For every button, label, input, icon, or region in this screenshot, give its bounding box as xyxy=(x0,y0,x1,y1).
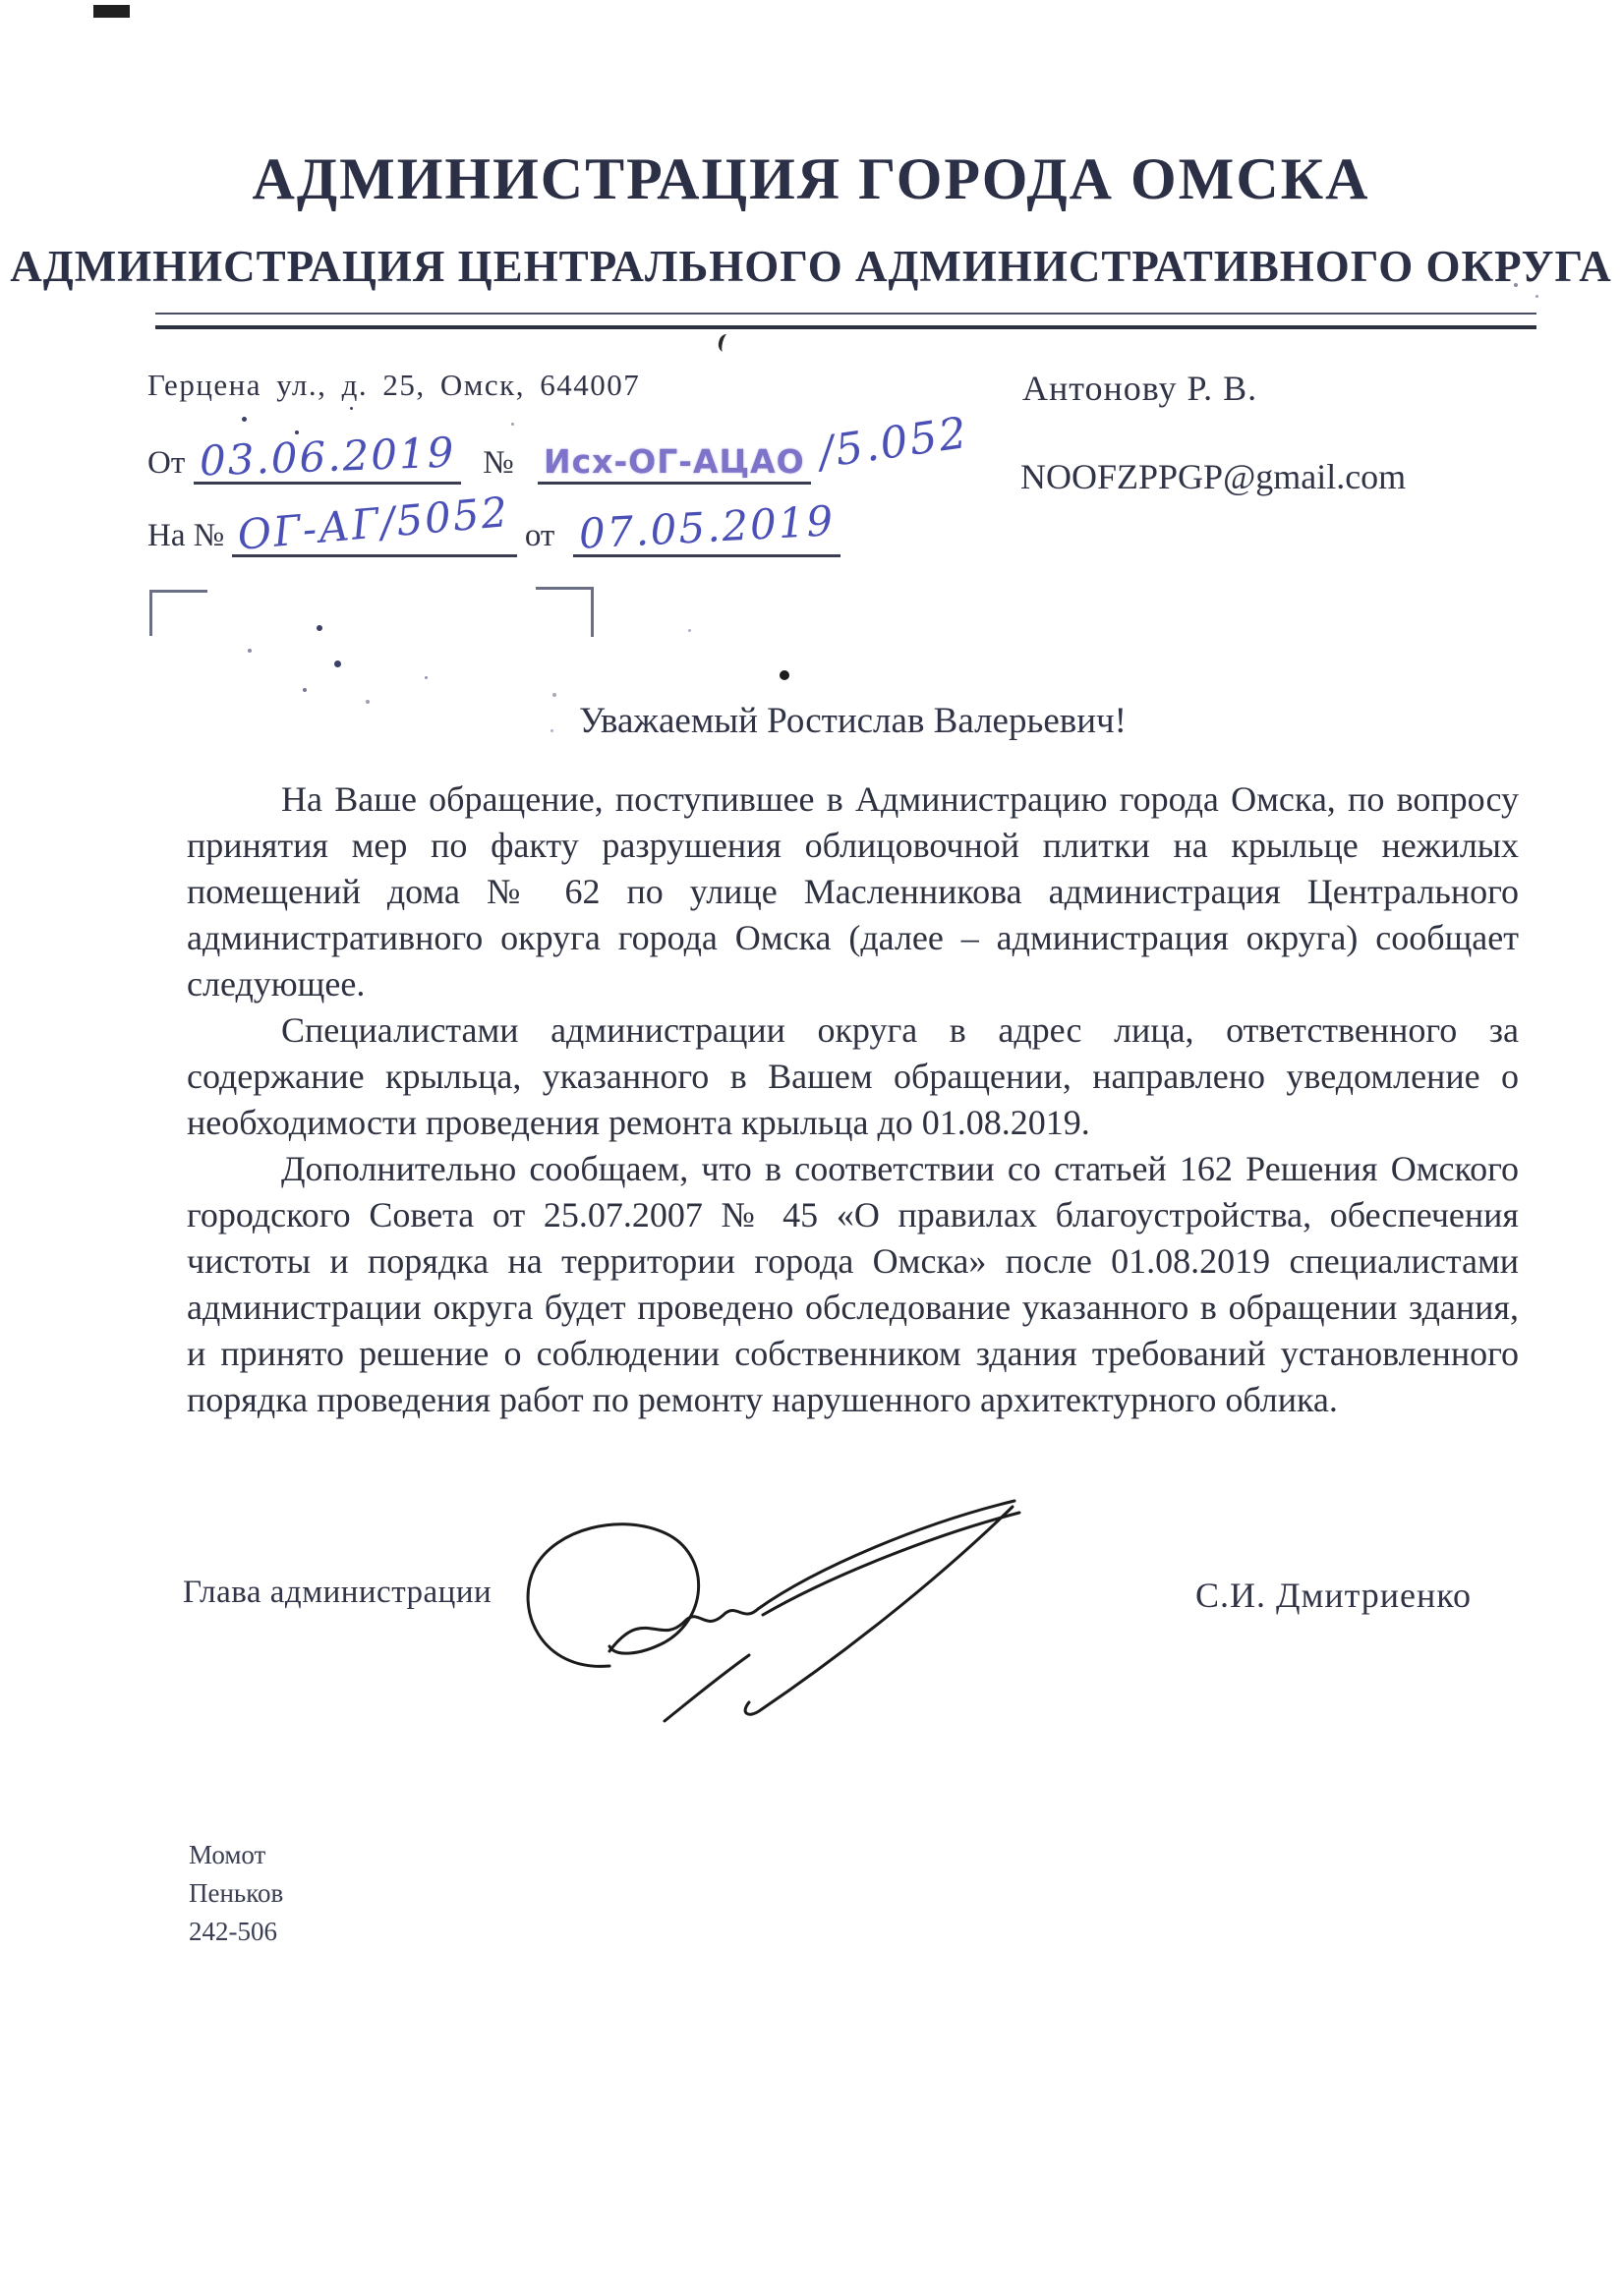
handwritten-signature xyxy=(462,1489,1072,1735)
scan-stray-mark xyxy=(717,333,733,354)
scan-speckle xyxy=(425,676,428,679)
body-paragraph: Специалистами администрации округа в адр… xyxy=(187,1007,1519,1146)
signer-position: Глава администрации xyxy=(183,1575,492,1611)
incoming-from-label: от xyxy=(525,518,555,553)
outgoing-reference-line: От 03.06.2019 № Исх-ОГ-АЦАО/5.052 xyxy=(147,437,970,485)
scan-speckle xyxy=(1535,295,1538,298)
scan-speckle xyxy=(303,688,307,692)
outgoing-date-handwriting: 03.06.2019 xyxy=(199,431,456,482)
sender-address: Герцена ул., д. 25, Омск, 644007 xyxy=(147,368,640,403)
executor-phone: 242-506 xyxy=(189,1913,283,1951)
letter-body: На Ваше обращение, поступившее в Админис… xyxy=(187,776,1519,1423)
scan-speckle xyxy=(688,629,691,632)
recipient-name: Антонову Р. В. xyxy=(1022,368,1257,409)
signer-name: С.И. Дмитриенко xyxy=(1195,1575,1472,1616)
body-paragraph: На Ваше обращение, поступившее в Админис… xyxy=(187,776,1519,1007)
incoming-number-label: На № xyxy=(147,518,224,553)
outgoing-number-field: Исх-ОГ-АЦАО xyxy=(538,442,811,485)
org-title: АДМИНИСТРАЦИЯ ГОРОДА ОМСКА xyxy=(0,145,1622,213)
incoming-reference-line: На № ОГ-АГ/5052 от 07.05.2019 xyxy=(147,511,840,557)
outgoing-from-label: От xyxy=(147,445,185,481)
scan-speckle xyxy=(552,693,556,697)
scan-edge-mark xyxy=(93,5,130,18)
outgoing-date-field: 03.06.2019 xyxy=(194,438,461,485)
address-corner-mark-right xyxy=(536,587,594,637)
outgoing-number-suffix-handwriting: /5.052 xyxy=(816,412,970,476)
incoming-number-handwriting: ОГ-АГ/5052 xyxy=(236,491,511,556)
scan-speckle xyxy=(242,417,247,422)
scan-speckle xyxy=(511,423,514,426)
dept-title: АДМИНИСТРАЦИЯ ЦЕНТРАЛЬНОГО АДМИНИСТРАТИВ… xyxy=(0,241,1622,292)
body-paragraph: Дополнительно сообщаем, что в соответств… xyxy=(187,1146,1519,1423)
incoming-date-handwriting: 07.05.2019 xyxy=(577,500,835,555)
executor-name: Пеньков xyxy=(189,1874,283,1913)
outgoing-number-label: № xyxy=(483,445,514,481)
header-rule-thin xyxy=(155,313,1536,315)
executor-name: Момот xyxy=(189,1836,283,1874)
scan-dot-mark xyxy=(780,670,789,680)
header-rule-thick xyxy=(155,325,1536,329)
salutation: Уважаемый Ростислав Валерьевич! xyxy=(187,700,1519,742)
scanned-letter-page: АДМИНИСТРАЦИЯ ГОРОДА ОМСКА АДМИНИСТРАЦИЯ… xyxy=(0,0,1622,2296)
address-corner-mark-left xyxy=(149,590,207,636)
scan-speckle xyxy=(334,660,341,667)
recipient-email: NOOFZPPGP@gmail.com xyxy=(1020,456,1406,497)
scan-speckle xyxy=(317,625,322,631)
executor-block: Момот Пеньков 242-506 xyxy=(189,1836,283,1951)
incoming-number-field: ОГ-АГ/5052 xyxy=(232,511,516,557)
outgoing-number-stamp: Исх-ОГ-АЦАО xyxy=(544,442,805,481)
incoming-date-field: 07.05.2019 xyxy=(573,511,840,557)
scan-speckle xyxy=(248,649,252,653)
scan-speckle xyxy=(350,407,353,410)
